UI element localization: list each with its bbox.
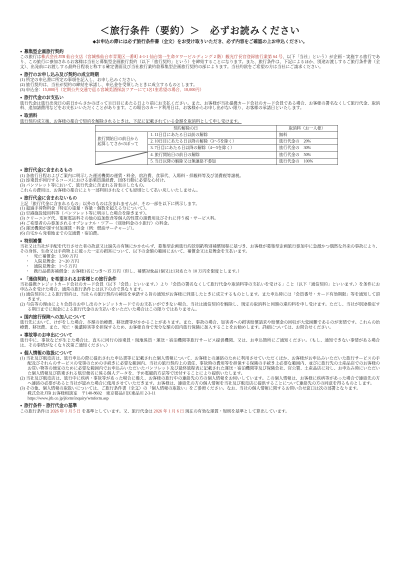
section-standard-heading: ●旅行条件・旅行代金の基準 (20, 403, 380, 408)
column-header-date: 契約解除の日 (95, 125, 276, 132)
section-compensation: ●特別補償 当社又は当社が手配を代行させた者の故意又は過失の有無にかかわらず、募… (20, 238, 380, 273)
cancellation-intro: 旅行契約成立後、お客様の都合で契約を解除されるときは、下記に記載されている金額を… (20, 119, 380, 124)
application-item-deposit: (3) 申込金：15,000円（定期公共交通で巡る宮城美酒探訪ツアーにて1名1室… (20, 88, 380, 93)
section-contract: ●募集型企画旅行契約 この旅行は株式会社JTB 仙台支店（宮城県仙台市青葉区一番… (20, 49, 380, 70)
compensation-bullet: ・ 携行品損害補償金：お客様1名につき～15 万円（但し、補償対象品1個又は1対… (20, 269, 380, 274)
compensation-body: 当社又は当社が手配を代行させた者の故意又は過失の有無にかかわらず、募集型企画旅行… (20, 244, 380, 254)
insurance-body: 旅行先において、けがをした場合、多額の治療費、移送費等がかかることがあります。ま… (20, 320, 380, 330)
cancel-fee: 無料 (276, 132, 338, 139)
section-insurance-heading: ●国内旅行保険への加入について (20, 314, 380, 319)
heading-text: 旅行代金のお支払い (24, 95, 64, 100)
body-text: 現在の有効な運賃・規則を基準として算出しています。 (184, 409, 289, 414)
table-row: 4. 旅行開始日の前日の解除 旅行代金の 50% (95, 152, 338, 159)
bullet-icon: ● (20, 315, 22, 319)
standard-body: この旅行条件は 2026 年 1 月 5 日 を基準としています。又、旅行代金は… (20, 409, 380, 414)
heading-text: 旅行条件・旅行代金の基準 (24, 403, 77, 408)
heading-text: 個人情報の取扱について (24, 350, 72, 355)
group-label-line: 起算してさかのぼって (98, 142, 146, 147)
cancel-fee: 旅行代金の 30% (276, 145, 338, 152)
section-payment-heading: ●旅行代金のお支払い (20, 95, 380, 100)
bullet-icon: ● (20, 96, 22, 100)
bullet-icon: ● (20, 169, 22, 173)
body-text: この旅行条件は (20, 409, 50, 414)
diagonal-line-icon (96, 152, 148, 165)
cancel-condition: 1. 11日目にあたる日以前の解除 (148, 132, 277, 139)
heading-text: 旅行のお申し込み及び契約の成立時期 (24, 72, 99, 77)
communication-item: (2) 与信等の理由により会員のお申し出のクレジットカードでのお支払いができない… (20, 302, 380, 312)
body-text: を基準としています。又、旅行代金は (81, 409, 154, 414)
cancel-condition: 3. 7日目にあたる日以降の解除（4～5を除く） (148, 145, 277, 152)
cancel-condition: 5. 当日以降の解除又は無連絡不参加 (148, 158, 277, 165)
cancel-fee: 旅行代金の 100% (276, 158, 338, 165)
cancel-fee: 旅行代金の 50% (276, 152, 338, 159)
fare-date-highlight: 2026 年 1 月 6 日 (154, 409, 184, 414)
section-compensation-heading: ●特別補償 (20, 238, 380, 243)
bullet-icon: ● (20, 404, 22, 408)
section-not-included-heading: ●旅行代金に含まれないもの (20, 196, 380, 201)
privacy-item: (2) 当社及び販売店は、旅行中に疾病・事故等があった場合に備え、お客様の旅行中… (20, 376, 380, 386)
heading-text: 「通信契約」を希望されるお客様との旅行条件 (24, 276, 116, 281)
section-application-heading: ●旅行のお申し込み及び契約の成立時期 (20, 72, 380, 77)
travel-conditions-document: ＜旅行条件（要約）＞ 必ずお読みください ◆お申込の際には必ず旅行条件書（全文）… (0, 0, 400, 566)
section-contract-body: この旅行は株式会社JTB 仙台支店（宮城県仙台市青葉区一番町 4-1-1 仙台第… (20, 55, 380, 70)
inquiry-form-link[interactable]: https://www.jtb.co.jp/jform/inquiry/wmfo… (28, 396, 109, 401)
communication-item: (1) 通信契約による旅行契約は、当社らの旅行契約の締結を承諾する旨の通知がお客… (20, 292, 380, 302)
bullet-icon: ● (20, 333, 22, 337)
section-accident-heading: ●事故等のお申出について (20, 332, 380, 337)
section-contract-heading: ●募集型企画旅行契約 (20, 49, 380, 54)
included-note: これらの費用は、お客様の都合により一部利用されなくても原則として払い戻しいたしま… (20, 188, 380, 193)
section-communication-heading: ●「通信契約」を希望されるお客様との旅行条件 (20, 276, 380, 281)
section-included-heading: ●旅行代金に含まれるもの (20, 168, 380, 173)
cancel-fee: 旅行代金の 20% (276, 138, 338, 145)
page-subtitle: ◆お申込の際には必ず旅行条件書（全文）をお受け取りいただき、必ず内容をご確認の上… (20, 39, 380, 44)
accident-body: 旅行中に、事故などが生じた場合は、直ちに同行の添乗員・現地係員・運送・宿泊機関等… (20, 338, 380, 348)
bullet-icon: ● (20, 197, 22, 201)
section-privacy: ●個人情報の取扱について (1) 当社及び販売店は、旅行申込の際に提出された申込… (20, 350, 380, 400)
privacy-item: (1) 当社及び販売店は、旅行申込の際に提出された申込書等に記載された個人情報に… (20, 356, 380, 376)
communication-body: 当社提携クレジットカード会社のカード会員（以下「会員」といいます。）より「会員の… (20, 282, 380, 292)
bullet-icon: ● (20, 73, 22, 77)
heading-text: 旅行代金に含まれないもの (24, 196, 77, 201)
table-header-row: 契約解除の日 取消料（お一人様） (95, 125, 338, 132)
diagonal-empty-cell (95, 152, 148, 165)
heading-text: 国内旅行保険への加入について (24, 314, 85, 319)
table-row: 旅行開始日の前日から 起算してさかのぼって 1. 11日目にあたる日以前の解除 … (95, 132, 338, 139)
heading-text: 特別補償 (24, 238, 42, 243)
bullet-icon: ● (20, 114, 22, 118)
section-payment: ●旅行代金のお支払い 旅行代金は旅行出発日の前日からさかのぼって11日目にあたる… (20, 95, 380, 111)
deposit-label: (3) 申込金： (20, 88, 43, 93)
section-accident: ●事故等のお申出について 旅行中に、事故などが生じた場合は、直ちに同行の添乗員・… (20, 332, 380, 348)
section-application: ●旅行のお申し込み及び契約の成立時期 (1) 所定の申込書に所定の事項を記入し、… (20, 72, 380, 93)
bullet-icon: ● (20, 277, 22, 281)
section-standard: ●旅行条件・旅行代金の基準 この旅行条件は 2026 年 1 月 5 日 を基準… (20, 403, 380, 414)
cancellation-fee-table: 契約解除の日 取消料（お一人様） 旅行開始日の前日から 起算してさかのぼって 1… (95, 125, 338, 165)
page-title: ＜旅行条件（要約）＞ 必ずお読みください (20, 26, 380, 37)
row-group-label: 旅行開始日の前日から 起算してさかのぼって (95, 132, 148, 152)
section-insurance: ●国内旅行保険への加入について 旅行先において、けがをした場合、多額の治療費、移… (20, 314, 380, 330)
cancel-condition: 2. 10日目にあたる日以降の解除（3～5を除く） (148, 138, 277, 145)
not-included-item: (6) 自宅から発着地までの交通費・宿泊費。 (20, 231, 380, 236)
cancel-condition: 4. 旅行開始日の前日の解除 (148, 152, 277, 159)
column-header-fee: 取消料（お一人様） (276, 125, 338, 132)
privacy-contact-url: https://www.jtb.co.jp/jform/inquiry/wmfo… (20, 396, 380, 401)
section-not-included: ●旅行代金に含まれないもの 上記「旅行代金に含まれるもの」以外のものは含まれませ… (20, 196, 380, 236)
section-privacy-heading: ●個人情報の取扱について (20, 350, 380, 355)
section-communication-contract: ●「通信契約」を希望されるお客様との旅行条件 当社提携クレジットカード会社のカー… (20, 276, 380, 311)
heading-text: 事故等のお申出について (24, 332, 72, 337)
bullet-icon: ● (20, 351, 22, 355)
heading-text: 取消料 (24, 113, 37, 118)
base-date-highlight: 2026 年 1 月 5 日 (50, 409, 80, 414)
bullet-icon: ● (20, 239, 22, 243)
section-cancellation: ●取消料 旅行契約成立後、お客様の都合で契約を解除されるときは、下記に記載されて… (20, 113, 380, 165)
deposit-amount-highlight: 15,000円（定期公共交通で巡る宮城美酒探訪ツアーにて1名1室希望の場合、18… (43, 88, 204, 93)
section-cancellation-heading: ●取消料 (20, 113, 380, 118)
heading-text: 募集型企画旅行契約 (24, 49, 64, 54)
section-payment-body: 旅行代金は旅行出発日の前日からさかのぼって11日目にあたる日より前にお支払くださ… (20, 101, 380, 111)
section-included: ●旅行代金に含まれるもの (1) 各旅行日程およびご案内に明示した運送機関の運賃… (20, 168, 380, 194)
bullet-icon: ● (20, 50, 22, 54)
heading-text: 旅行代金に含まれるもの (24, 168, 72, 173)
